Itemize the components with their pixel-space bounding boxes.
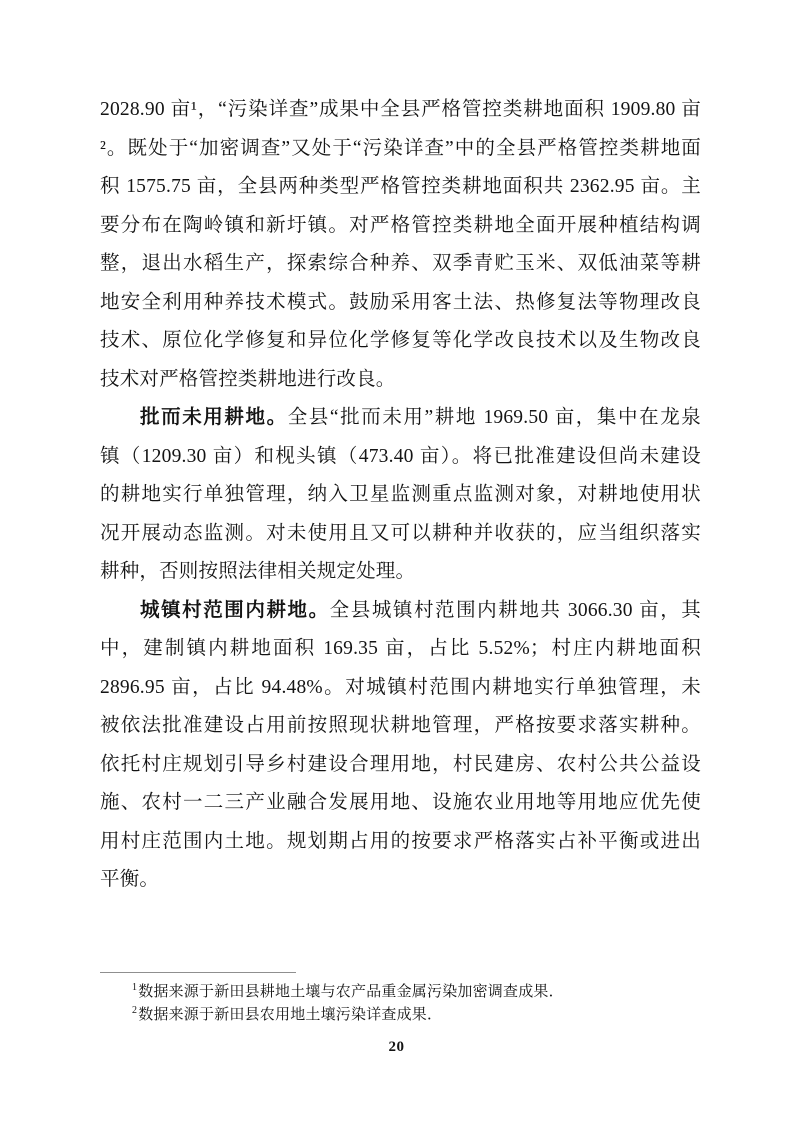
- paragraph-lead-bold: 批而未用耕地。: [140, 407, 288, 428]
- footnote-1-text: 数据来源于新田县耕地土壤与农产品重金属污染加密调查成果．: [138, 984, 564, 1000]
- body-line: 依托村庄规划引导乡村建设合理用地，村民建房、农村公共公益设: [100, 746, 701, 785]
- body-line: 耕种，否则按照法律相关规定处理。: [100, 553, 701, 592]
- body-line: 技术对严格管控类耕地进行改良。: [100, 361, 701, 400]
- footnote-2-marker: 2: [132, 1005, 137, 1016]
- paragraph-lead-bold: 城镇村范围内耕地。: [140, 600, 330, 621]
- footnote-1-marker: 1: [132, 982, 137, 993]
- body-line: 要分布在陶岭镇和新圩镇。对严格管控类耕地全面开展种植结构调: [100, 207, 701, 246]
- body-line: 施、农村一二三产业融合发展用地、设施农业用地等用地应优先使: [100, 784, 701, 823]
- footnote-separator: [100, 972, 296, 973]
- footnotes: 1数据来源于新田县耕地土壤与农产品重金属污染加密调查成果． 2数据来源于新田县农…: [100, 981, 701, 1026]
- body-line: 地安全利用种养技术模式。鼓励采用客土法、热修复法等物理改良: [100, 284, 701, 323]
- body-line: 的耕地实行单独管理，纳入卫星监测重点监测对象，对耕地使用状: [100, 476, 701, 515]
- body-line: 况开展动态监测。对未使用且又可以耕种并收获的，应当组织落实: [100, 515, 701, 554]
- footnote-1: 1数据来源于新田县耕地土壤与农产品重金属污染加密调查成果．: [100, 981, 701, 1004]
- body-line: 镇（1209.30 亩）和枧头镇（473.40 亩）。将已批准建设但尚未建设: [100, 438, 701, 477]
- body-line: 用村庄范围内土地。规划期占用的按要求严格落实占补平衡或进出: [100, 823, 701, 862]
- body-line: 积 1575.75 亩，全县两种类型严格管控类耕地面积共 2362.95 亩。主: [100, 168, 701, 207]
- body-text: 2028.90 亩¹，“污染详查”成果中全县严格管控类耕地面积 1909.80 …: [100, 91, 701, 900]
- body-line: 整，退出水稻生产，探索综合种养、双季青贮玉米、双低油菜等耕: [100, 245, 701, 284]
- body-line: 城镇村范围内耕地。全县城镇村范围内耕地共 3066.30 亩，其: [100, 592, 701, 631]
- footnote-2: 2数据来源于新田县农用地土壤污染详查成果．: [100, 1004, 701, 1027]
- body-line: 技术、原位化学修复和异位化学修复等化学改良技术以及生物改良: [100, 322, 701, 361]
- footnote-2-text: 数据来源于新田县农用地土壤污染详查成果．: [138, 1007, 442, 1023]
- body-line: 被依法批准建设占用前按照现状耕地管理，严格按要求落实耕种。: [100, 707, 701, 746]
- body-line: 2896.95 亩，占比 94.48%。对城镇村范围内耕地实行单独管理，未: [100, 669, 701, 708]
- body-line: 中，建制镇内耕地面积 169.35 亩，占比 5.52%；村庄内耕地面积: [100, 630, 701, 669]
- body-line: 2028.90 亩¹，“污染详查”成果中全县严格管控类耕地面积 1909.80 …: [100, 91, 701, 130]
- page-number: 20: [0, 1037, 793, 1057]
- document-page: 2028.90 亩¹，“污染详查”成果中全县严格管控类耕地面积 1909.80 …: [0, 0, 793, 1122]
- body-line: ²。既处于“加密调查”又处于“污染详查”中的全县严格管控类耕地面: [100, 130, 701, 169]
- body-line: 批而未用耕地。全县“批而未用”耕地 1969.50 亩，集中在龙泉: [100, 399, 701, 438]
- body-line: 平衡。: [100, 861, 701, 900]
